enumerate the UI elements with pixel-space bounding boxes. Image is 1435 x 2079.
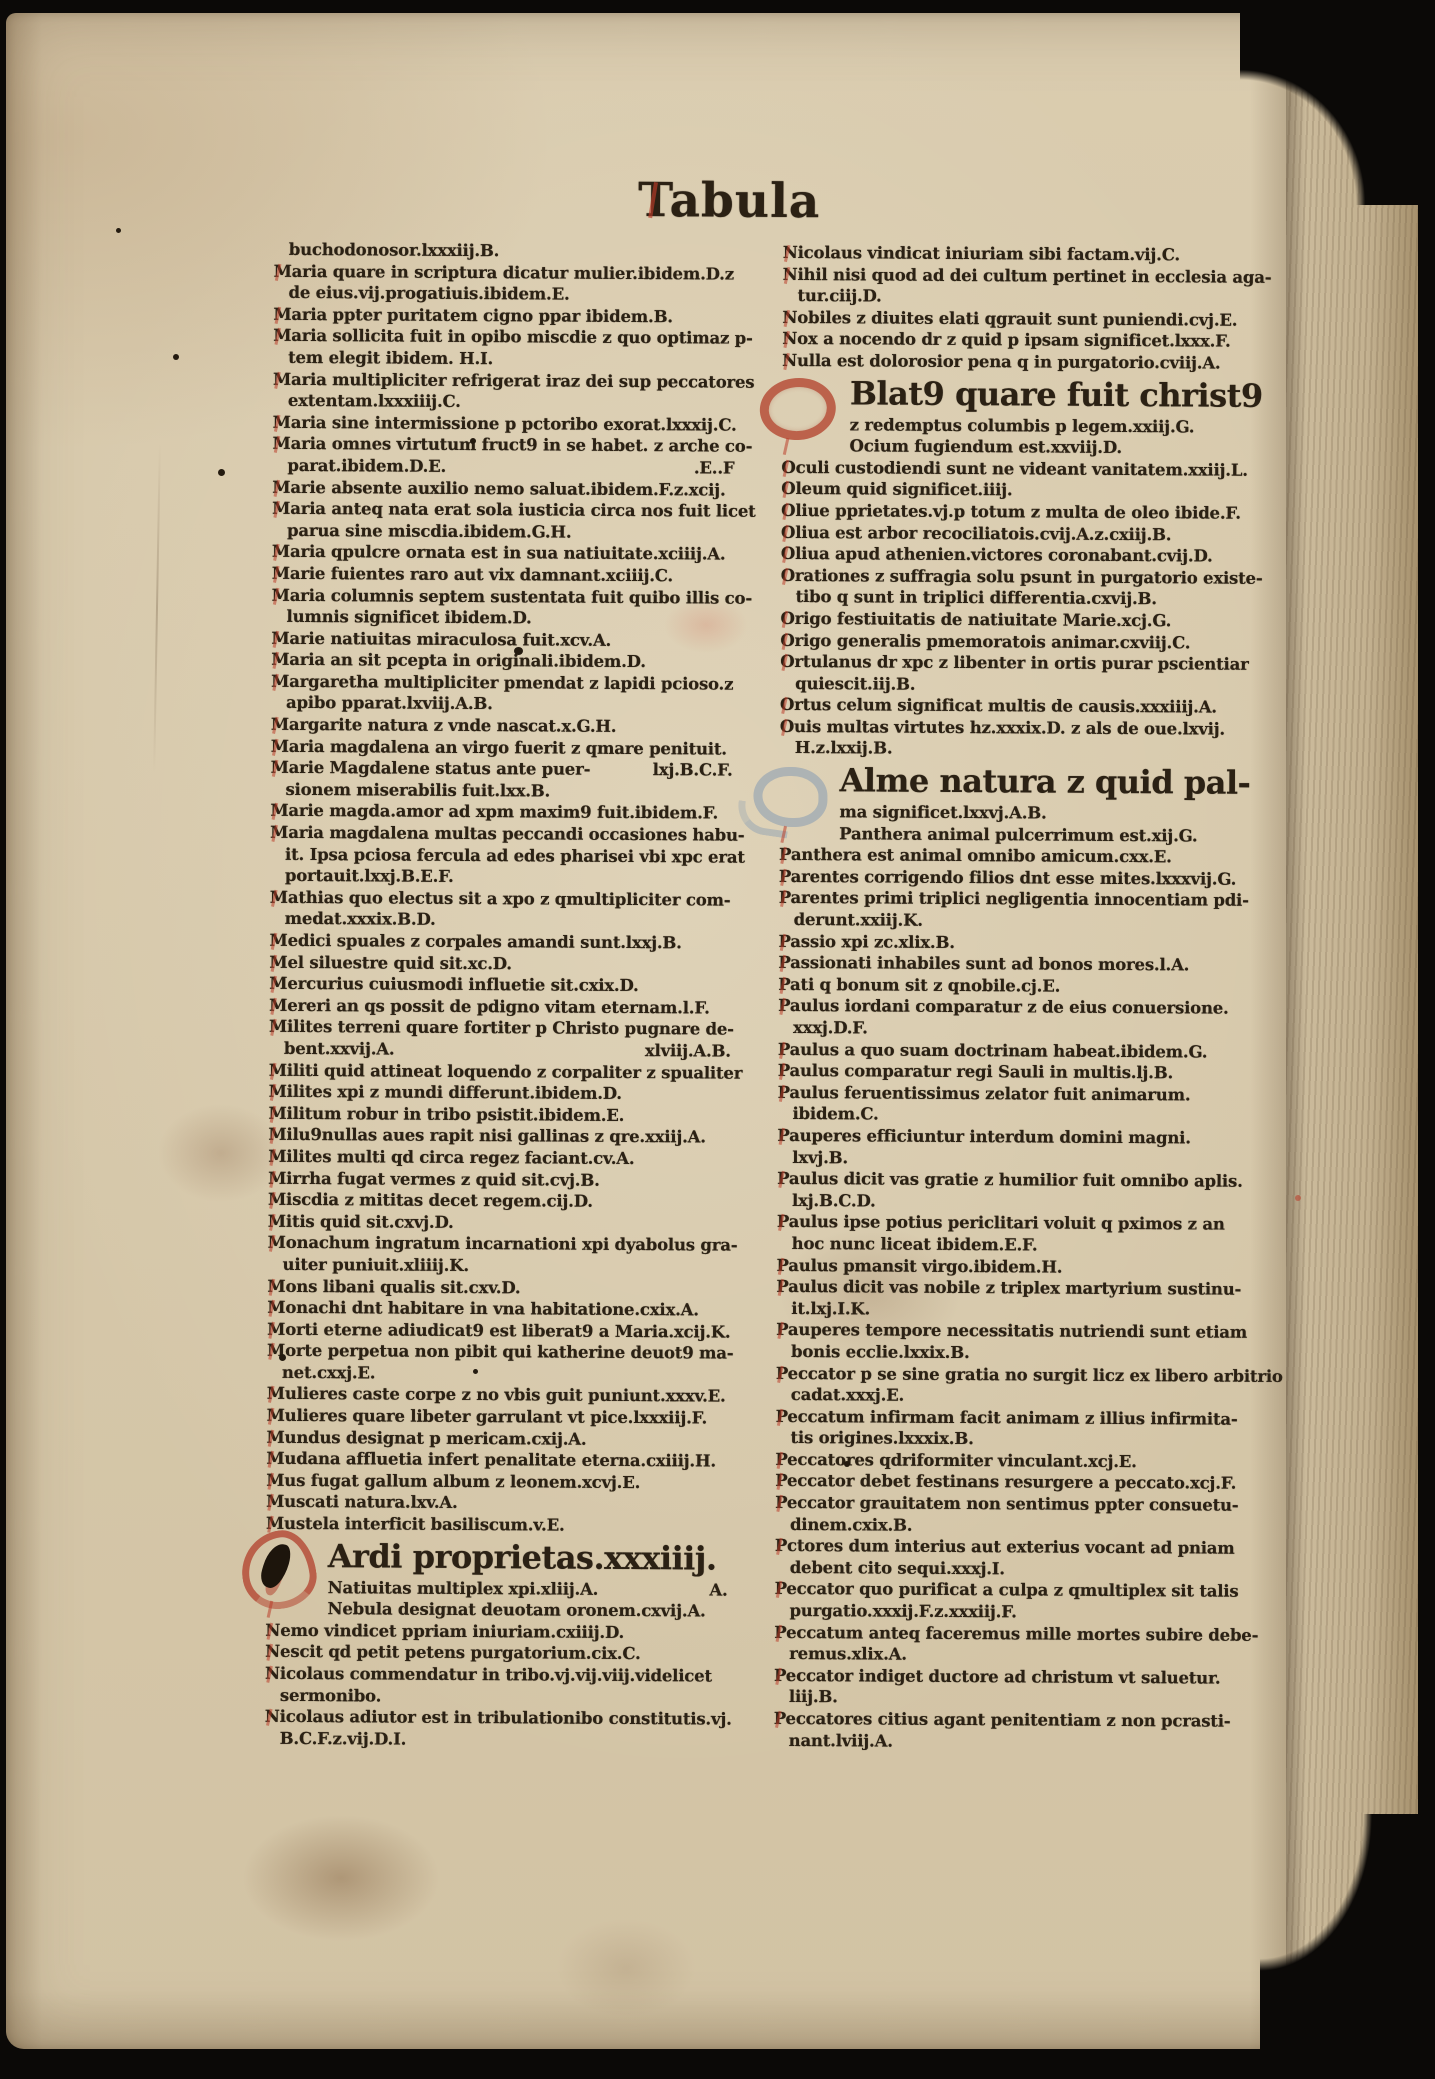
index-entry-line: Nicolaus vindicat iniuriam sibi factam.v… (783, 242, 1269, 267)
index-entry-line: Maria quare in scriptura dicatur mulier.… (274, 260, 736, 284)
index-entry-line: Pauperes efficiuntur interdum domini mag… (777, 1125, 1263, 1150)
index-entry-line: Marie absente auxilio nemo saluat.ibidem… (272, 476, 734, 500)
index-entry-line: Monachum ingratum incarnationi xpi dyabo… (268, 1232, 730, 1256)
index-continuation-line: z redemptus columbis p legem.xxiij.G. (782, 413, 1268, 438)
index-entry-line: Oliue pprietates.vj.p totum z multa de o… (781, 500, 1267, 525)
index-entry-line: Mulieres quare libeter garrulant vt pice… (267, 1405, 729, 1429)
index-entry-line: Peccatores citius agant penitentiam z no… (774, 1708, 1260, 1733)
index-entry-line: Mercurius cuiusmodi influetie sit.cxix.D… (269, 973, 731, 997)
index-continuation-line: lxvj.B. (777, 1146, 1263, 1171)
folio-reference: lxj.B.C.F. (653, 759, 733, 781)
index-entry-line: Paulus a quo suam doctrinam habeat.ibide… (778, 1038, 1264, 1063)
index-continuation-line: derunt.xxiij.K. (779, 909, 1265, 934)
index-continuation-line: sermonibo. (265, 1684, 727, 1708)
index-entry-line: Militi quid attineat loquendo z corpalit… (269, 1059, 731, 1083)
index-entry-line: Pati q bonum sit z qnobile.cj.E. (778, 974, 1264, 999)
index-entry-line: Mitis quid sit.cxvj.D. (268, 1211, 730, 1235)
index-entry-line: Ouis multas virtutes hz.xxxix.D. z als d… (780, 716, 1266, 741)
index-continuation-line: tibo q sunt in triplici differentia.cxvi… (781, 586, 1267, 611)
index-continuation-line: nant.lviij.A. (774, 1729, 1260, 1754)
index-entry-line: Ortus celum significat multis de causis.… (780, 694, 1266, 719)
index-entry-line: Peccator indiget ductore ad christum vt … (774, 1665, 1260, 1690)
index-entry-line: Paulus dicit vas nobile z triplex martyr… (776, 1276, 1262, 1301)
ink-speck (116, 228, 121, 233)
index-continuation-line: xlviij.A.B.bent.xxvij.A. (269, 1038, 731, 1062)
index-continuation-line: uiter puniuit.xliiij.K. (268, 1254, 730, 1278)
ink-speck (279, 1354, 286, 1361)
photo-corner-shadow (1240, 0, 1435, 205)
index-entry-line: Marie magda.amor ad xpm maxim9 fuit.ibid… (270, 800, 732, 824)
index-entry-line: Mudana affluetia infert penalitate etern… (266, 1448, 728, 1472)
index-entry-line: Maria magdalena multas peccandi occasion… (270, 822, 732, 846)
index-continuation-line: tis origines.lxxxix.B. (775, 1427, 1261, 1452)
index-continuation-line: buchodonosor.lxxxiij.B. (274, 239, 736, 263)
index-entry-line: Maria sollicita fuit in opibo miscdie z … (273, 325, 735, 349)
index-continuation-line: cadat.xxxj.E. (776, 1384, 1262, 1409)
index-continuation-line: sionem miserabilis fuit.lxx.B. (270, 779, 732, 803)
index-entry-line: Peccator p se sine gratia no surgit licz… (776, 1362, 1262, 1387)
index-continuation-line: ma significet.lxxvj.A.B. (779, 801, 1265, 826)
index-entry-line: Mus fugat gallum album z leonem.xcvj.E. (266, 1470, 728, 1494)
index-entry-line: Oculi custodiendi sunt ne videant vanita… (781, 457, 1267, 482)
index-entry-line: Miscdia z mititas decet regem.cij.D. (268, 1189, 730, 1213)
index-entry-line: Oliua est arbor recociliatois.cvij.A.z.c… (781, 521, 1267, 546)
index-entry-line: Morti eterne adiudicat9 est liberat9 a M… (267, 1318, 729, 1342)
index-entry-line: Panthera est animal omnibo amicum.cxx.E. (779, 844, 1265, 869)
index-entry-line: Morte perpetua non pibit qui katherine d… (267, 1340, 729, 1364)
ink-speck (514, 647, 523, 655)
index-entry-line: Peccator debet festinans resurgere a pec… (775, 1470, 1261, 1495)
index-entry-line: Nemo vindicet ppriam iniuriam.cxiiij.D. (265, 1620, 727, 1644)
index-continuation-line: bonis ecclie.lxxix.B. (776, 1341, 1262, 1366)
index-continuation-line: extentam.lxxxiiij.C. (273, 390, 735, 414)
photo-corner-shadow (1260, 1814, 1435, 2079)
index-entry-line: Peccator grauitatem non sentimus ppter c… (775, 1492, 1261, 1517)
index-continuation-line: dinem.cxix.B. (775, 1514, 1261, 1539)
index-continuation-line: xxxj.D.F. (778, 1017, 1264, 1042)
index-entry-line: Maria qpulcre ornata est in sua natiuita… (272, 541, 734, 565)
index-entry-line: Milites terreni quare fortiter p Christo… (269, 1016, 731, 1040)
index-continuation-line: ibidem.C. (777, 1103, 1263, 1128)
index-entry-line: Peccator quo purificat a culpa z qmultip… (775, 1578, 1261, 1603)
ink-speck (470, 438, 476, 444)
index-continuation-line: it.lxj.I.K. (776, 1298, 1262, 1323)
index-entry-line: Blat9 quare fuit christ9 (782, 371, 1268, 416)
red-ink-spot (1295, 1195, 1301, 1201)
index-entry-line: Origo festiuitatis de natiuitate Marie.x… (780, 608, 1266, 633)
index-entry-line: A.Natiuitas multiplex xpi.xliij.A. (266, 1576, 728, 1600)
index-continuation-line: quiescit.iij.B. (780, 673, 1266, 698)
index-entry-line: Maria omnes virtutum fruct9 in se habet.… (273, 433, 735, 457)
index-entry-line: Parentes corrigendo filios dnt esse mite… (779, 866, 1265, 891)
folio-reference: xlviij.A.B. (645, 1040, 731, 1062)
index-entry-line: Margarite natura z vnde nascat.x.G.H. (271, 714, 733, 738)
index-continuation-line: net.cxxj.E. (267, 1362, 729, 1386)
index-entry-line: Militum robur in tribo psistit.ibidem.E. (268, 1103, 730, 1127)
index-entry-line: Milites multi qd circa regez faciant.cv.… (268, 1146, 730, 1170)
index-entry-line: Mereri an qs possit de pdigno vitam eter… (269, 995, 731, 1019)
index-entry-line: Maria an sit pcepta in originali.ibidem.… (271, 649, 733, 673)
folio-reference: .E..F (694, 457, 735, 479)
ink-speck (218, 469, 225, 476)
index-entry-line: Mons libani qualis sit.cxv.D. (267, 1275, 729, 1299)
manuscript-page: Tabula buchodonosor.lxxxiij.B.Maria quar… (6, 13, 1418, 2049)
index-entry-line: Ocium fugiendum est.xxviij.D. (782, 435, 1268, 460)
folio-reference: A. (709, 1579, 727, 1601)
index-entry-line: Marie fuientes raro aut vix damnant.xcii… (272, 563, 734, 587)
index-entry-line: Marie natiuitas miraculosa fuit.xcv.A. (271, 627, 733, 651)
index-entry-line: Maria multipliciter refrigerat iraz dei … (273, 368, 735, 392)
index-continuation-line: .E..Fparat.ibidem.D.E. (272, 455, 734, 479)
index-entry-line: Paulus pmansit virgo.ibidem.H. (777, 1254, 1263, 1279)
index-entry-line: Peccatum anteq faceremus mille mortes su… (774, 1622, 1260, 1647)
index-entry-line: Origo generalis pmemoratois animar.cxvii… (780, 629, 1266, 654)
index-entry-line: Muscati natura.lxv.A. (266, 1491, 728, 1515)
ink-speck (473, 1369, 478, 1374)
index-entry-line: Nihil nisi quod ad dei cultum pertinet i… (783, 264, 1269, 289)
index-entry-line: Monachi dnt habitare in vna habitatione.… (267, 1297, 729, 1321)
index-entry-line: Milu9nullas aues rapit nisi gallinas z q… (268, 1124, 730, 1148)
index-entry-line: Nicolaus commendatur in tribo.vj.vij.vii… (265, 1663, 727, 1687)
index-entry-line: Oliua apud athenien.victores coronabant.… (781, 543, 1267, 568)
index-continuation-line: purgatio.xxxij.F.z.xxxiij.F. (774, 1600, 1260, 1625)
index-entry-line: Passionati inhabiles sunt ad bonos mores… (778, 952, 1264, 977)
index-entry-line: Parentes primi triplici negligentia inno… (779, 887, 1265, 912)
index-column-right: Nicolaus vindicat iniuriam sibi factam.v… (774, 242, 1269, 1754)
index-entry-line: Mel siluestre quid sit.xc.D. (269, 951, 731, 975)
index-entry-line: Paulus dicit vas gratie z humilior fuit … (777, 1168, 1263, 1193)
index-continuation-line: tem elegit ibidem. H.I. (273, 347, 735, 371)
index-entry-line: Orationes z suffragia solu psunt in purg… (781, 565, 1267, 590)
index-entry-line: Nobiles z diuites elati qgrauit sunt pun… (782, 307, 1268, 332)
index-entry-line: Maria anteq nata erat sola iusticia circ… (272, 498, 734, 522)
index-entry-line: Margaretha multipliciter pmendat z lapid… (271, 671, 733, 695)
index-entry-line: Peccatum infirmam facit animam z illius … (776, 1406, 1262, 1431)
index-entry-line: Maria columnis septem sustentata fuit qu… (272, 584, 734, 608)
index-entry-line: Mirrha fugat vermes z quid sit.cvj.B. (268, 1167, 730, 1191)
index-entry-line: Nescit qd petit petens purgatorium.cix.C… (265, 1641, 727, 1665)
index-entry-line: Mustela interficit basiliscum.v.E. (266, 1513, 728, 1537)
index-entry-line: Alme natura z quid pal- (779, 759, 1265, 804)
index-continuation-line: lxj.B.C.D. (777, 1190, 1263, 1215)
index-continuation-line: it. Ipsa pciosa fercula ad edes pharisei… (270, 843, 732, 867)
index-continuation-line: H.z.lxxij.B. (780, 737, 1266, 762)
index-entry-line: Paulus ipse potius periclitari voluit q … (777, 1211, 1263, 1236)
index-entry-line: Nebula designat deuotam oronem.cxvij.A. (265, 1598, 727, 1622)
index-entry-line: lxj.B.C.F.Marie Magdalene status ante pu… (271, 757, 733, 781)
index-entry-line: Pctores dum interius aut exterius vocant… (775, 1535, 1261, 1560)
index-continuation-line: apibo pparat.lxviij.A.B. (271, 692, 733, 716)
index-entry-line: Panthera animal pulcerrimum est.xij.G. (779, 823, 1265, 848)
index-entry-line: Paulus iordani comparatur z de eius conu… (778, 995, 1264, 1020)
index-continuation-line: de eius.vij.progatiuis.ibidem.E. (273, 282, 735, 306)
index-continuation-line: tur.ciij.D. (782, 285, 1268, 310)
index-entry-line: Mathias quo electus sit a xpo z qmultipl… (270, 887, 732, 911)
index-continuation-line: hoc nunc liceat ibidem.E.F. (777, 1233, 1263, 1258)
index-entry-line: Passio xpi zc.xlix.B. (778, 931, 1264, 956)
index-entry-line: Milites xpi z mundi differunt.ibidem.D. (269, 1081, 731, 1105)
printed-text-block: Tabula buchodonosor.lxxxiij.B.Maria quar… (0, 11, 1419, 2056)
index-entry-line: Ortulanus dr xpc z libenter in ortis pur… (780, 651, 1266, 676)
index-continuation-line: liij.B. (774, 1686, 1260, 1711)
ink-speck (844, 1461, 850, 1467)
index-continuation-line: portauit.lxxj.B.E.F. (270, 865, 732, 889)
index-entry-line: Pauperes tempore necessitatis nutriendi … (776, 1319, 1262, 1344)
index-continuation-line: lumnis significet ibidem.D. (271, 606, 733, 630)
page-title: Tabula (638, 173, 821, 229)
index-entry-line: Maria sine intermissione p pctoribo exor… (273, 412, 735, 436)
index-continuation-line: debent cito sequi.xxxj.I. (775, 1557, 1261, 1582)
index-continuation-line: parua sine miscdia.ibidem.G.H. (272, 520, 734, 544)
index-entry-line: Ardi proprietas.xxxiiij. (266, 1534, 728, 1579)
ink-speck (173, 354, 179, 360)
index-column-left: buchodonosor.lxxxiij.B.Maria quare in sc… (265, 239, 736, 1752)
index-entry-line: Nox a nocendo dr z quid p ipsam signific… (782, 328, 1268, 353)
index-entry-line: Maria magdalena an virgo fuerit z qmare … (271, 735, 733, 759)
index-entry-line: Paulus comparatur regi Sauli in multis.l… (778, 1060, 1264, 1085)
index-entry-line: Medici spuales z corpales amandi sunt.lx… (269, 930, 731, 954)
index-entry-line: Mundus designat p mericam.cxij.A. (266, 1426, 728, 1450)
index-entry-line: Paulus feruentissimus zelator fuit anima… (778, 1082, 1264, 1107)
index-entry-line: Nicolaus adiutor est in tribulationibo c… (265, 1706, 727, 1730)
index-continuation-line: remus.xlix.A. (774, 1643, 1260, 1668)
index-entry-line: Maria ppter puritatem cigno ppar ibidem.… (273, 304, 735, 328)
index-entry-line: Oleum quid significet.iiij. (781, 478, 1267, 503)
book-photograph: Tabula buchodonosor.lxxxiij.B.Maria quar… (0, 0, 1435, 2079)
index-continuation-line: B.C.F.z.vij.D.I. (265, 1728, 727, 1752)
index-entry-line: Nulla est dolorosior pena q in purgatori… (782, 350, 1268, 375)
index-entry-line: Mulieres caste corpe z no vbis guit puni… (267, 1383, 729, 1407)
index-continuation-line: medat.xxxix.B.D. (270, 908, 732, 932)
